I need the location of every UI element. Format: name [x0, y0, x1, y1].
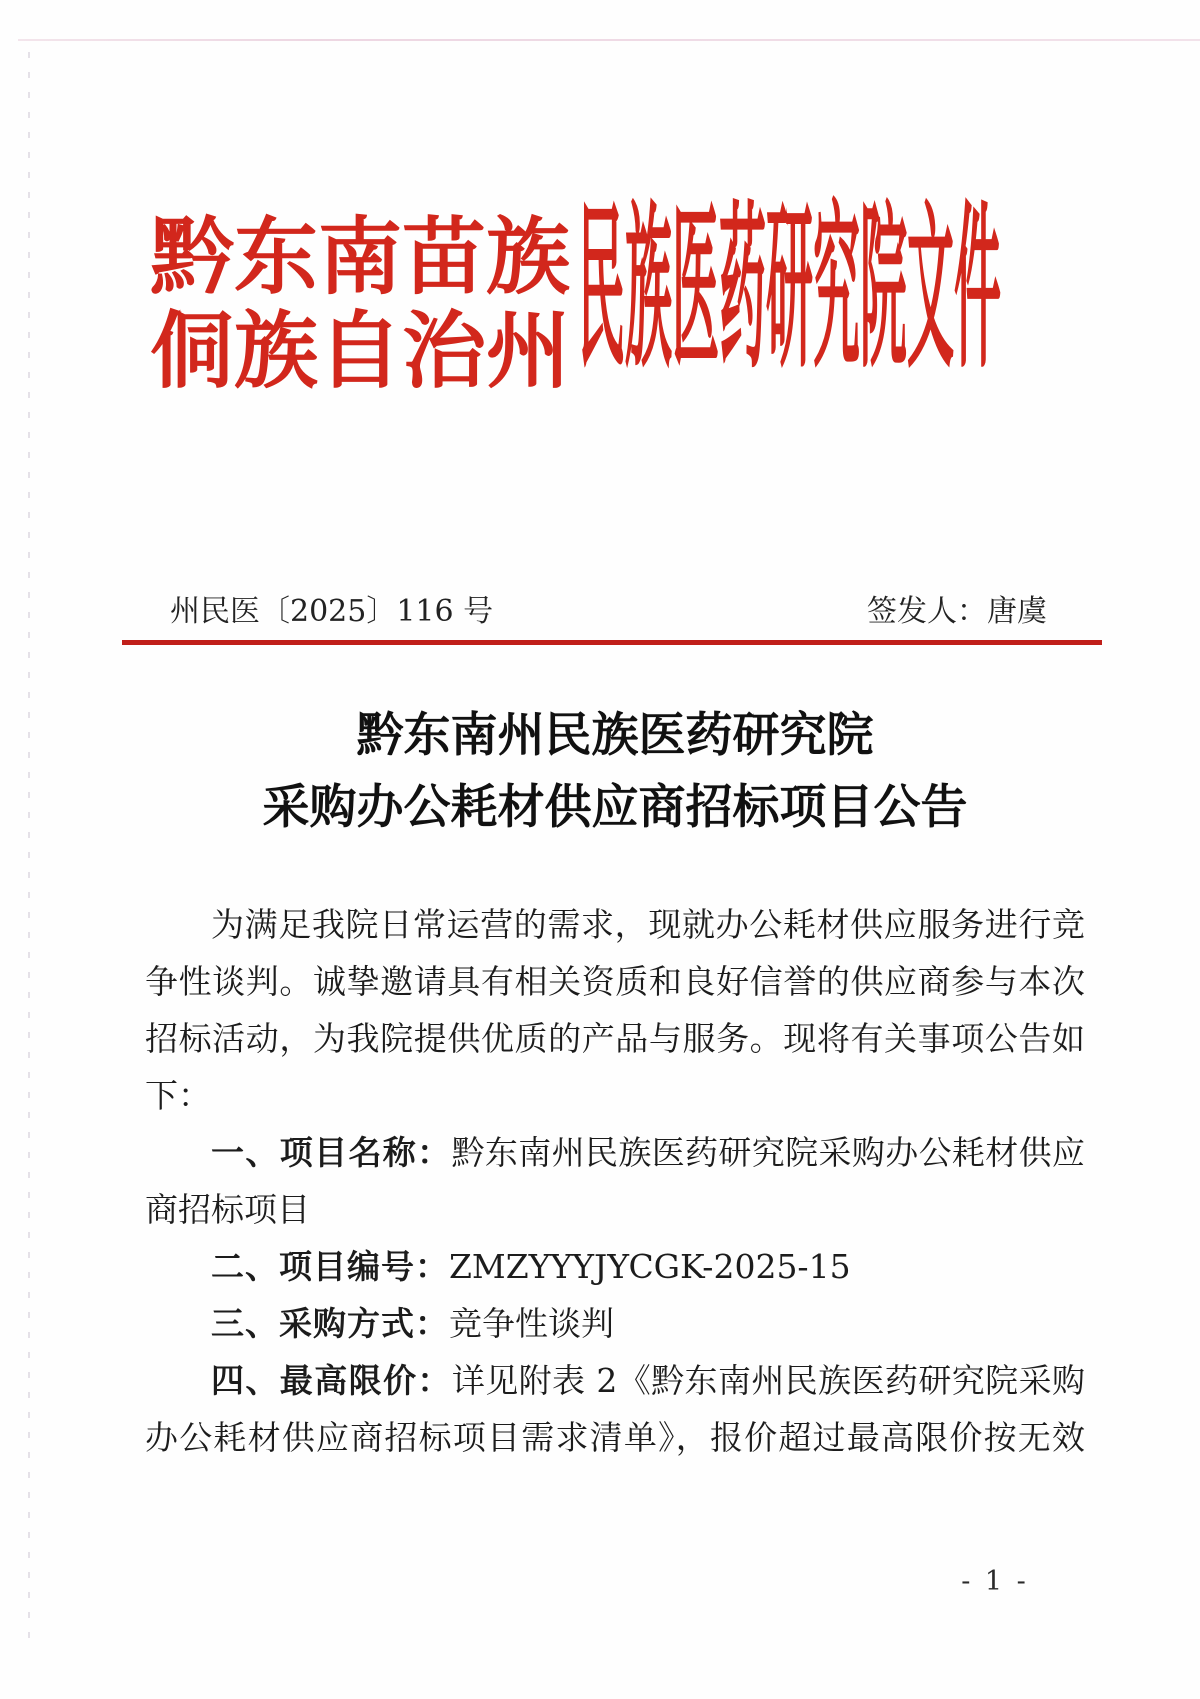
body-line: 招标活动，为我院提供优质的产品与服务。现将有关事项公告如 [145, 1010, 1085, 1067]
letterhead-right-text: 民族医药研究院文件 [578, 202, 1004, 381]
body-line: 为满足我院日常运营的需求，现就办公耗材供应服务进行竞 [145, 896, 1085, 953]
item-label: 三、采购方式： [211, 1304, 449, 1343]
line-text: 办公耗材供应商招标项目需求清单》，报价超过最高限价按无效 [145, 1418, 1085, 1457]
doc-number: 州民医〔2025〕116 号 [170, 594, 493, 630]
line-text: 招标活动，为我院提供优质的产品与服务。现将有关事项公告如 [145, 1019, 1085, 1058]
line-text: ZMZYYYJYCGK-2025-15 [449, 1247, 851, 1286]
line-text: 为满足我院日常运营的需求，现就办公耗材供应服务进行竞 [211, 905, 1085, 944]
line-text: 争性谈判。诚挚邀请具有相关资质和良好信誉的供应商参与本次 [145, 962, 1085, 1001]
issuer: 签发人：唐虞 [867, 594, 1047, 630]
letterhead-left: 黔东南苗族 侗族自治州 [150, 210, 574, 398]
body-line: 二、项目编号：ZMZYYYJYCGK-2025-15 [145, 1238, 1085, 1295]
body-line: 四、最高限价：详见附表 2《黔东南州民族医药研究院采购 [145, 1352, 1085, 1409]
item-label: 二、项目编号： [211, 1247, 449, 1286]
page-number: - 1 - [910, 1566, 1080, 1598]
line-text: 详见附表 2《黔东南州民族医药研究院采购 [452, 1361, 1085, 1400]
document-page: 黔东南苗族 侗族自治州 民族医药研究院文件 州民医〔2025〕116 号 签发人… [0, 0, 1200, 1699]
doc-title-line1: 黔东南州民族医药研究院 [145, 700, 1085, 772]
doc-title-line2: 采购办公耗材供应商招标项目公告 [145, 772, 1085, 844]
scan-artifact-left-edge [28, 52, 30, 1652]
scan-artifact-top-line [18, 39, 1200, 41]
doc-meta-row: 州民医〔2025〕116 号 签发人：唐虞 [170, 594, 1047, 630]
letterhead-left-line1: 黔东南苗族 [150, 210, 574, 304]
line-text: 黔东南州民族医药研究院采购办公耗材供应 [452, 1133, 1085, 1172]
red-divider-line [122, 640, 1102, 645]
body-line: 一、项目名称：黔东南州民族医药研究院采购办公耗材供应 [145, 1124, 1085, 1181]
doc-title: 黔东南州民族医药研究院 采购办公耗材供应商招标项目公告 [145, 700, 1085, 844]
item-label: 一、项目名称： [211, 1133, 452, 1172]
body-line: 三、采购方式：竞争性谈判 [145, 1295, 1085, 1352]
item-label: 四、最高限价： [211, 1361, 452, 1400]
line-text: 下： [145, 1076, 211, 1115]
line-text: 商招标项目 [145, 1190, 310, 1229]
body-line: 商招标项目 [145, 1181, 1085, 1238]
line-text: 竞争性谈判 [449, 1304, 614, 1343]
body-line: 办公耗材供应商招标项目需求清单》，报价超过最高限价按无效 [145, 1409, 1085, 1466]
body: 为满足我院日常运营的需求，现就办公耗材供应服务进行竞争性谈判。诚挚邀请具有相关资… [145, 896, 1085, 1466]
body-line: 争性谈判。诚挚邀请具有相关资质和良好信誉的供应商参与本次 [145, 953, 1085, 1010]
body-line: 下： [145, 1067, 1085, 1124]
letterhead-left-line2: 侗族自治州 [150, 304, 574, 398]
